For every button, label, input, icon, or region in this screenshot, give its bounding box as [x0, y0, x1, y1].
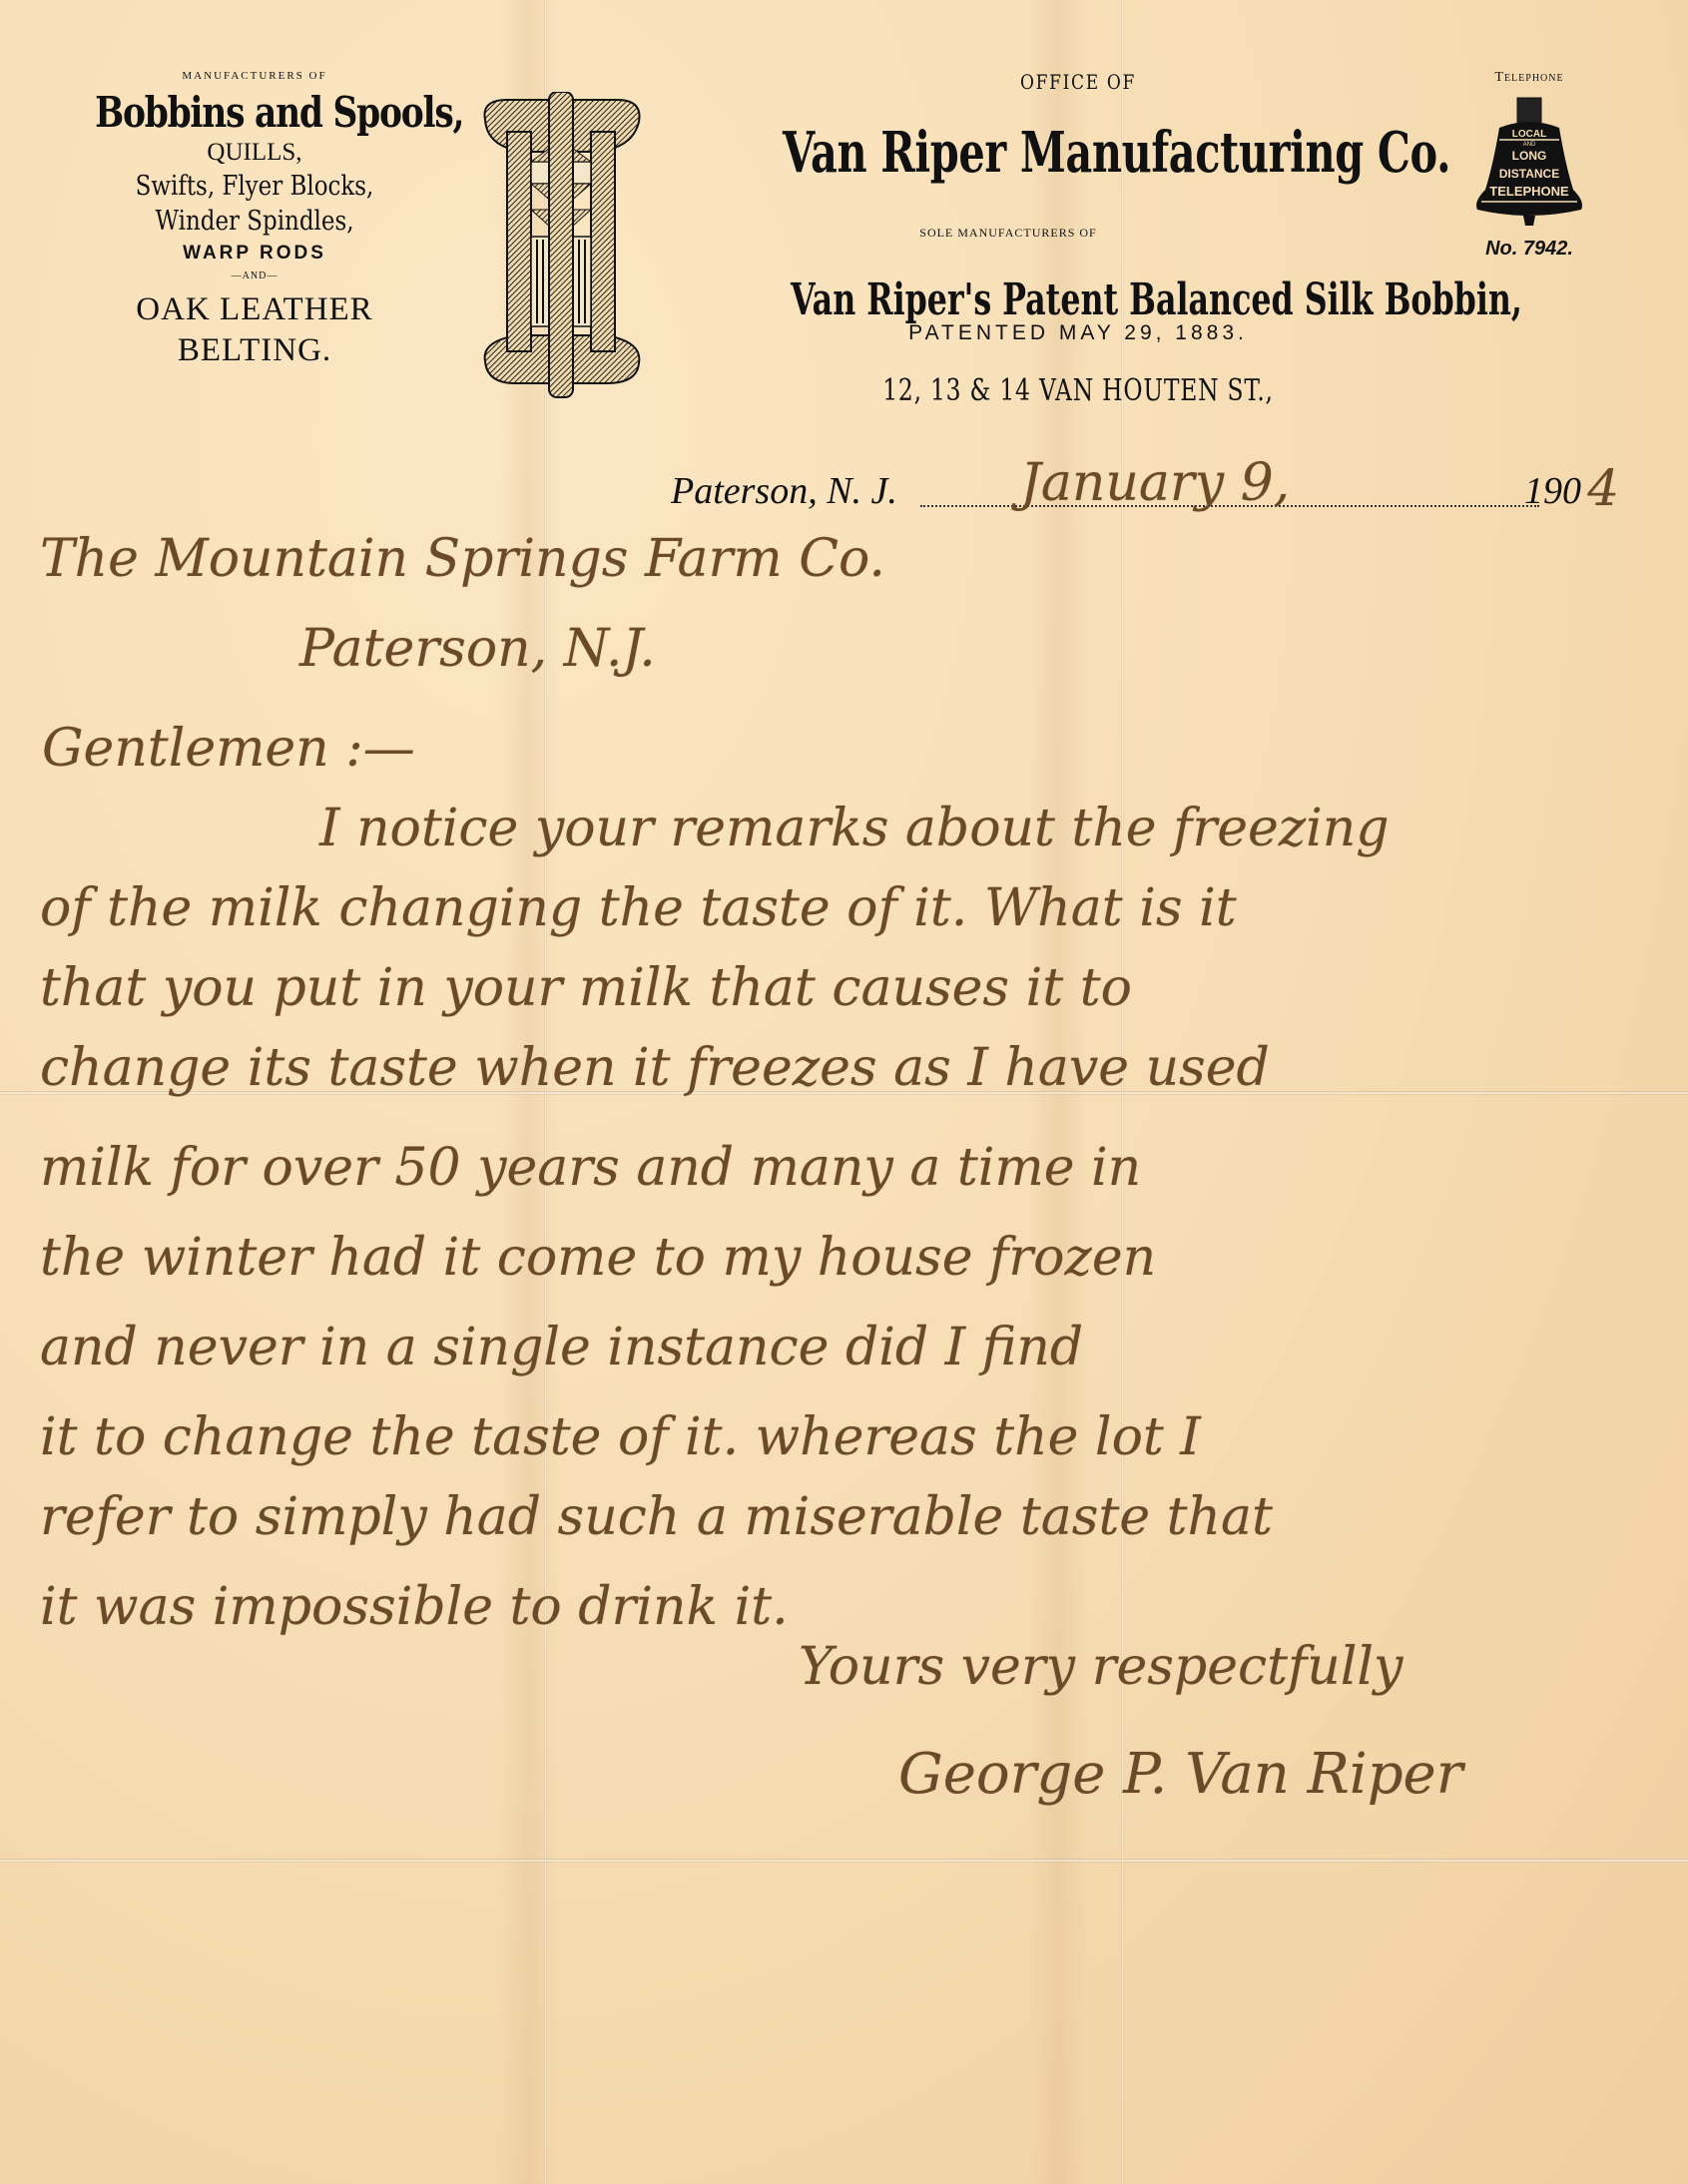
svg-text:LONG: LONG [1512, 149, 1547, 163]
salutation: Gentlemen :— [42, 719, 415, 779]
letterhead-products: MANUFACTURERS OF Bobbins and Spools, QUI… [60, 70, 449, 369]
telephone-bell-icon: LOCAL AND LONG DISTANCE TELEPHONE [1469, 94, 1589, 234]
handwritten-date: January 9, [1020, 453, 1290, 513]
letter-page: MANUFACTURERS OF Bobbins and Spools, QUI… [0, 0, 1688, 2184]
body-line: it was impossible to drink it. [40, 1577, 789, 1637]
product-warp-rods: WARP RODS [60, 243, 449, 265]
closing: Yours very respectfully [799, 1637, 1403, 1697]
office-of-label: OFFICE OF [739, 70, 1417, 94]
svg-text:TELEPHONE: TELEPHONE [1489, 184, 1569, 199]
handwritten-year-digit: 4 [1587, 459, 1619, 517]
and-divider: —AND— [60, 271, 449, 281]
telephone-block: Telephone LOCAL AND LONG DISTANCE TELEPH… [1459, 70, 1599, 261]
addressee-name: The Mountain Springs Farm Co. [40, 529, 885, 589]
horizontal-fold-line [0, 1859, 1688, 1863]
manufacturers-of-label: MANUFACTURERS OF [60, 70, 449, 82]
company-name: Van Riper Manufacturing Co. [783, 120, 1374, 186]
body-line: of the milk changing the taste of it. Wh… [40, 878, 1237, 938]
body-line: that you put in your milk that causes it… [40, 958, 1132, 1018]
printed-place: Paterson, N. J. [671, 469, 897, 513]
product-winder-spindles: Winder Spindles, [89, 206, 420, 237]
signature: George P. Van Riper [898, 1742, 1462, 1807]
body-line: milk for over 50 years and many a time i… [40, 1138, 1141, 1198]
svg-text:DISTANCE: DISTANCE [1499, 167, 1559, 181]
telephone-label: Telephone [1459, 70, 1599, 86]
street-address: 12, 13 & 14 VAN HOUTEN ST., [767, 373, 1390, 408]
product-quills: QUILLS, [60, 139, 449, 167]
letterhead-company: OFFICE OF Van Riper Manufacturing Co. SO… [679, 70, 1477, 408]
body-line: refer to simply had such a miserable tas… [40, 1487, 1273, 1547]
product-oak-leather: OAK LEATHER [60, 291, 449, 328]
printed-year-prefix: 190 [1524, 469, 1581, 513]
product-patent-bobbin: Van Riper's Patent Balanced Silk Bobbin, [791, 274, 1366, 325]
product-swifts: Swifts, Flyer Blocks, [89, 171, 420, 202]
bobbin-illustration-icon [477, 92, 645, 401]
sole-manufacturers-label: SOLE MANUFACTURERS OF [539, 226, 1477, 241]
svg-text:LOCAL: LOCAL [1512, 129, 1546, 140]
product-bobbins-spools: Bobbins and Spools, [95, 88, 414, 137]
body-line: I notice your remarks about the freezing [319, 799, 1390, 858]
telephone-number: No. 7942. [1459, 238, 1599, 261]
svg-text:AND: AND [1523, 142, 1536, 148]
addressee-city: Paterson, N.J. [299, 619, 656, 679]
body-line: change its taste when it freezes as I ha… [40, 1038, 1270, 1098]
body-line: and never in a single instance did I fin… [40, 1318, 1083, 1377]
body-line: it to change the taste of it. whereas th… [40, 1407, 1201, 1467]
product-belting: BELTING. [60, 332, 449, 369]
body-line: the winter had it come to my house froze… [40, 1228, 1156, 1288]
